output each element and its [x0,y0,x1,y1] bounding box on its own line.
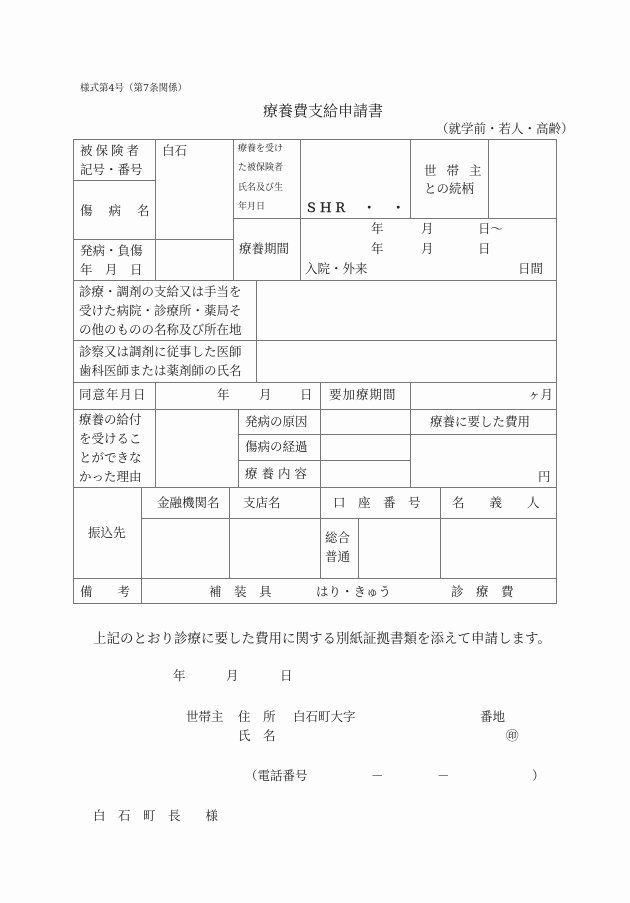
consent-day: 日 [300,387,313,403]
cost-field[interactable] [412,435,532,486]
branch-field[interactable] [231,519,319,577]
cost-unit: 円 [538,469,551,485]
facility-label-2: 受けた病院・診療所・薬局そ [79,303,242,319]
injury-name-field[interactable] [157,181,232,238]
practitioner-label-2: 歯科医師または薬剤師の氏名 [79,363,242,379]
injury-name-label: 傷 病 名 [80,203,155,219]
account-holder-field[interactable] [442,519,556,577]
treatment-label: 療 養 内 容 [245,466,307,482]
relation-label-sub: との続柄 [424,181,474,197]
onset-label-sub: 年 月 日 [80,262,143,278]
consent-month: 月 [259,387,272,403]
period-from-year: 年 [371,221,384,237]
account-number-field[interactable] [360,519,439,577]
reason-label-2: を受けるこ [79,431,142,447]
insured-label-sub: 記号・番号 [80,162,143,178]
branch-label: 支店名 [243,495,281,511]
period-to-day: 日 [478,241,491,257]
name-label: 氏 名 [238,728,276,744]
declaration-text: 上記のとおり診療に要した費用に関する別紙証拠書類を添えて申請します。 [93,627,551,647]
address-label: 住 所 [238,709,276,725]
period-to-month: 月 [421,241,434,257]
reason-label-3: とができな [79,450,142,466]
account-type-ordinary[interactable]: 普通 [325,549,350,565]
phone-close: ） [532,768,545,784]
practitioner-label-1: 診察又は調剤に従事した医師 [79,344,242,360]
course-field[interactable] [322,435,409,459]
recipient-birthdate-field[interactable]: ＳＨＲ ・ ・ [305,200,407,216]
reason-field[interactable] [157,410,237,486]
facility-label-3: の他のものの名称及び所在地 [79,322,242,338]
extra-period-field[interactable] [412,383,522,408]
recipient-label-4: 年月日 [238,201,265,214]
period-from-month: 月 [421,221,434,237]
addressee: 白 石 町 長 様 [93,808,218,824]
period-from-day: 日〜 [478,221,503,237]
category-label: （就学前・若人・高齢） [436,121,574,137]
recipient-name-field[interactable] [302,140,408,195]
treatment-field[interactable] [322,461,409,486]
date-month: 月 [226,668,239,684]
onset-label: 発病・負傷 [80,243,143,259]
insured-label: 被保険者 [80,143,142,159]
extra-period-unit: ヶ月 [528,387,553,403]
recipient-label-1: 療養を受け [238,143,283,156]
period-type[interactable]: 入院・外来 [305,261,368,277]
date-day: 日 [280,668,293,684]
relation-label: 世 帯 主 [424,163,484,179]
cause-field[interactable] [322,410,409,433]
account-type-general[interactable]: 総合 [325,530,350,546]
remarks-acupuncture[interactable]: はり・きゅう [316,584,391,600]
institution-label: 金融機関名 [157,495,220,511]
extra-period-label: 要加療期間 [329,387,397,403]
reason-label-4: かった理由 [79,469,142,485]
facility-label-1: 診療・調剤の支給又は手当を [79,284,242,300]
form-number: 様式第4号（第7条関係） [80,82,187,95]
phone-label: （電話番号 [245,768,308,784]
remarks-medical-fee[interactable]: 診 療 費 [451,584,514,600]
consent-date-label: 同意年月日 [79,387,147,403]
recipient-label-2: た被保険者 [238,162,283,175]
seal-icon: ㊞ [506,728,519,744]
recipient-label-3: 氏名及び生 [238,182,283,195]
cause-label: 発病の原因 [245,414,308,430]
phone-field[interactable] [312,766,530,784]
page-title: 療養費支給申請書 [263,100,383,121]
practitioner-field[interactable] [258,341,556,381]
bank-label: 振込先 [88,525,126,541]
facility-field[interactable] [258,281,556,339]
address-suffix: 番地 [480,709,505,725]
course-label: 傷病の経過 [245,439,308,455]
reason-label-1: 療養の給付 [79,412,142,428]
name-field[interactable] [293,726,493,744]
account-number-label: 口 座 番 号 [333,495,421,511]
consent-year: 年 [217,387,230,403]
onset-date-field[interactable] [157,241,232,279]
period-days-unit: 日間 [518,261,543,277]
institution-field[interactable] [143,519,228,577]
period-label: 療養期間 [239,241,289,257]
date-year: 年 [173,668,186,684]
account-holder-label: 名 義 人 [452,495,540,511]
head-label: 世帯主 [186,709,224,725]
address-field[interactable]: 白石町大字 [293,709,356,725]
relation-field[interactable] [490,140,556,217]
remarks-appliance[interactable]: 補 装 具 [209,584,272,600]
cost-label: 療養に要した費用 [430,414,530,430]
remarks-label: 備 考 [80,584,130,600]
period-to-year: 年 [371,241,384,257]
insured-number-field[interactable]: 白石 [162,143,187,159]
